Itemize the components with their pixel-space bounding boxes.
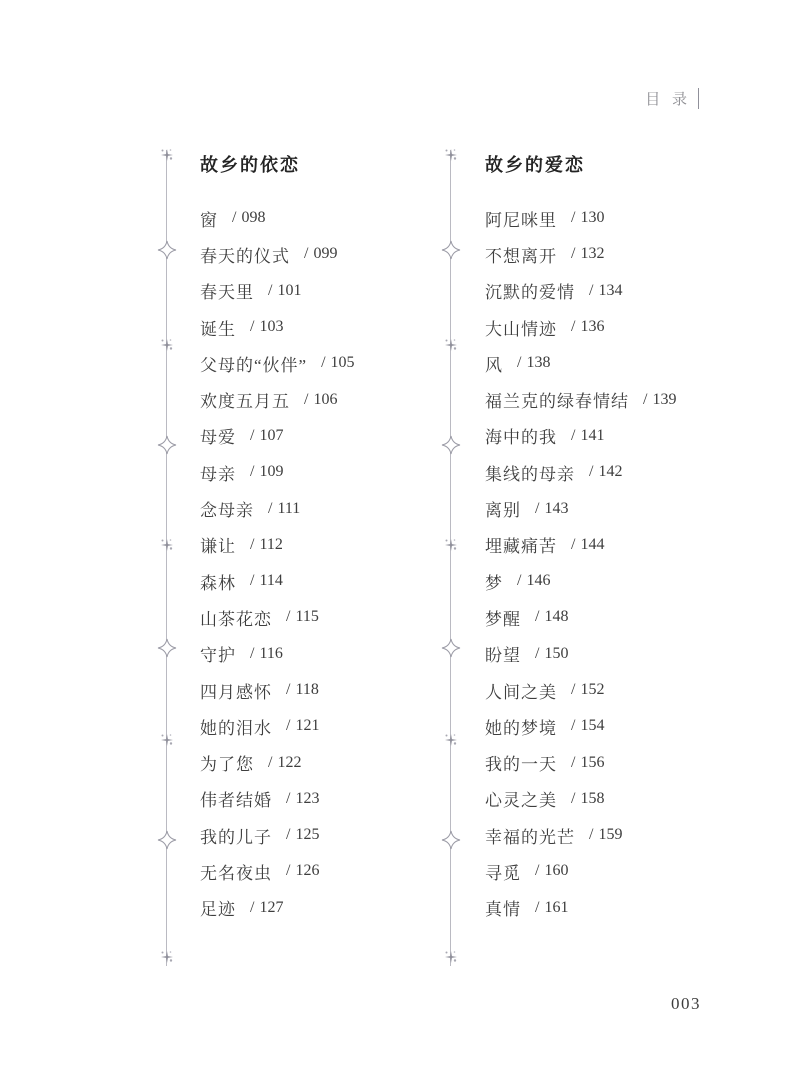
entry-separator: / <box>286 681 290 699</box>
entry-page-group: / 112 <box>250 536 283 554</box>
toc-entry: 集线的母亲 / 142 <box>485 454 745 490</box>
entry-page: 138 <box>526 354 550 372</box>
entry-page: 143 <box>544 500 568 518</box>
toc-entry: 山茶花恋 / 115 <box>200 599 440 635</box>
entry-page: 144 <box>580 536 604 554</box>
entry-page: 150 <box>544 645 568 663</box>
entry-page-group: / 106 <box>304 391 337 409</box>
entry-page: 158 <box>580 790 604 808</box>
toc-entry: 我的儿子 / 125 <box>200 817 440 853</box>
toc-entry: 人间之美 / 152 <box>485 672 745 708</box>
entry-page: 125 <box>295 826 319 844</box>
entry-separator: / <box>571 209 575 227</box>
toc-entry: 窗 / 098 <box>200 200 440 236</box>
toc-entry: 春天里 / 101 <box>200 273 440 309</box>
entry-page: 126 <box>295 862 319 880</box>
entry-separator: / <box>250 318 254 336</box>
entry-separator: / <box>250 645 254 663</box>
entry-separator: / <box>643 391 647 409</box>
toc-entry: 欢度五月五 / 106 <box>200 381 440 417</box>
sparkle-cluster-icon <box>159 949 175 965</box>
entry-title: 森林 <box>200 569 236 594</box>
entry-page: 154 <box>580 717 604 735</box>
entry-title: 母爱 <box>200 423 236 448</box>
entry-page-group: / 154 <box>571 717 604 735</box>
entry-title: 阿尼咪里 <box>485 206 557 231</box>
entry-page-group: / 150 <box>535 645 568 663</box>
entry-title: 不想离开 <box>485 242 557 267</box>
entry-page-group: / 111 <box>268 500 300 518</box>
toc-column-right: 故乡的爱恋 阿尼咪里 / 130 不想离开 / 132 沉默的爱情 / 134 … <box>485 155 745 926</box>
entry-page: 146 <box>526 572 550 590</box>
entry-title: 她的泪水 <box>200 714 272 739</box>
column-title: 故乡的爱恋 <box>485 155 745 176</box>
page-header: 目 录 <box>645 88 699 109</box>
entry-page: 134 <box>598 282 622 300</box>
four-point-star-icon <box>441 240 461 260</box>
entry-page: 115 <box>295 608 318 626</box>
entry-page-group: / 098 <box>232 209 265 227</box>
entry-list: 阿尼咪里 / 130 不想离开 / 132 沉默的爱情 / 134 大山情迹 /… <box>485 200 745 926</box>
entry-page-group: / 141 <box>571 427 604 445</box>
entry-title: 念母亲 <box>200 496 254 521</box>
entry-page-group: / 127 <box>250 899 283 917</box>
entry-title: 大山情迹 <box>485 315 557 340</box>
entry-separator: / <box>268 500 272 518</box>
sparkle-cluster-icon <box>443 949 459 965</box>
sparkle-cluster-icon <box>443 337 459 353</box>
entry-separator: / <box>571 427 575 445</box>
entry-page: 109 <box>259 463 283 481</box>
entry-page: 152 <box>580 681 604 699</box>
four-point-star-icon <box>441 435 461 455</box>
entry-title: 足迹 <box>200 895 236 920</box>
entry-page-group: / 107 <box>250 427 283 445</box>
entry-page-group: / 126 <box>286 862 319 880</box>
entry-page: 114 <box>259 572 282 590</box>
entry-title: 伟者结婚 <box>200 786 272 811</box>
entry-page: 127 <box>259 899 283 917</box>
entry-separator: / <box>250 899 254 917</box>
four-point-star-icon <box>441 638 461 658</box>
entry-page-group: / 146 <box>517 572 550 590</box>
entry-page: 156 <box>580 754 604 772</box>
entry-separator: / <box>321 354 325 372</box>
entry-page-group: / 118 <box>286 681 319 699</box>
entry-separator: / <box>250 536 254 554</box>
entry-page: 148 <box>544 608 568 626</box>
entry-title: 谦让 <box>200 532 236 557</box>
entry-separator: / <box>571 754 575 772</box>
entry-separator: / <box>268 754 272 772</box>
entry-title: 四月感怀 <box>200 678 272 703</box>
toc-entry: 福兰克的绿春情结 / 139 <box>485 381 745 417</box>
column-title: 故乡的依恋 <box>200 155 440 176</box>
toc-column-left: 故乡的依恋 窗 / 098 春天的仪式 / 099 春天里 / 101 诞生 /… <box>200 155 440 926</box>
entry-title: 父母的“伙伴” <box>200 351 307 376</box>
entry-page-group: / 161 <box>535 899 568 917</box>
entry-separator: / <box>232 209 236 227</box>
entry-title: 沉默的爱情 <box>485 278 575 303</box>
entry-separator: / <box>517 354 521 372</box>
four-point-star-icon <box>157 435 177 455</box>
entry-title: 守护 <box>200 641 236 666</box>
sparkle-cluster-icon <box>159 337 175 353</box>
entry-separator: / <box>571 790 575 808</box>
entry-page: 161 <box>544 899 568 917</box>
entry-separator: / <box>250 427 254 445</box>
entry-separator: / <box>286 826 290 844</box>
toc-entry: 春天的仪式 / 099 <box>200 236 440 272</box>
toc-entry: 无名夜虫 / 126 <box>200 853 440 889</box>
entry-page: 130 <box>580 209 604 227</box>
entry-title: 海中的我 <box>485 423 557 448</box>
toc-entry: 寻觅 / 160 <box>485 853 745 889</box>
entry-page: 105 <box>331 354 355 372</box>
entry-separator: / <box>571 717 575 735</box>
entry-page: 122 <box>277 754 301 772</box>
toc-entry: 梦醒 / 148 <box>485 599 745 635</box>
entry-separator: / <box>535 500 539 518</box>
entry-title: 她的梦境 <box>485 714 557 739</box>
entry-separator: / <box>286 717 290 735</box>
entry-separator: / <box>517 572 521 590</box>
entry-separator: / <box>589 463 593 481</box>
toc-entry: 埋藏痛苦 / 144 <box>485 527 745 563</box>
entry-title: 真情 <box>485 895 521 920</box>
toc-entry: 为了您 / 122 <box>200 744 440 780</box>
entry-title: 幸福的光芒 <box>485 823 575 848</box>
entry-separator: / <box>304 391 308 409</box>
entry-page-group: / 121 <box>286 717 319 735</box>
entry-title: 梦醒 <box>485 605 521 630</box>
entry-title: 欢度五月五 <box>200 387 290 412</box>
entry-page-group: / 123 <box>286 790 319 808</box>
entry-page: 107 <box>259 427 283 445</box>
entry-separator: / <box>571 681 575 699</box>
toc-entry: 大山情迹 / 136 <box>485 309 745 345</box>
entry-page-group: / 109 <box>250 463 283 481</box>
page-header-title: 目 录 <box>645 88 691 109</box>
entry-separator: / <box>286 790 290 808</box>
toc-entry: 念母亲 / 111 <box>200 490 440 526</box>
entry-title: 离别 <box>485 496 521 521</box>
entry-page-group: / 152 <box>571 681 604 699</box>
entry-page-group: / 122 <box>268 754 301 772</box>
toc-entry: 真情 / 161 <box>485 890 745 926</box>
entry-page-group: / 136 <box>571 318 604 336</box>
entry-title: 诞生 <box>200 315 236 340</box>
entry-title: 寻觅 <box>485 859 521 884</box>
toc-entry: 足迹 / 127 <box>200 890 440 926</box>
entry-page-group: / 099 <box>304 245 337 263</box>
four-point-star-icon <box>441 830 461 850</box>
entry-separator: / <box>535 645 539 663</box>
entry-separator: / <box>250 572 254 590</box>
entry-separator: / <box>268 282 272 300</box>
sparkle-cluster-icon <box>159 147 175 163</box>
entry-separator: / <box>571 536 575 554</box>
toc-entry: 母亲 / 109 <box>200 454 440 490</box>
entry-page: 099 <box>313 245 337 263</box>
entry-title: 盼望 <box>485 641 521 666</box>
entry-page-group: / 160 <box>535 862 568 880</box>
entry-separator: / <box>250 463 254 481</box>
entry-page: 121 <box>295 717 319 735</box>
entry-page: 123 <box>295 790 319 808</box>
entry-page-group: / 130 <box>571 209 604 227</box>
toc-page: 目 录 故乡的依恋 窗 / 098 春天的仪式 / 099 春天里 / 101 … <box>0 0 799 1088</box>
decorative-rule-middle <box>450 150 451 966</box>
toc-entry: 阿尼咪里 / 130 <box>485 200 745 236</box>
page-number: 003 <box>671 994 701 1014</box>
entry-page-group: / 132 <box>571 245 604 263</box>
toc-entry: 伟者结婚 / 123 <box>200 781 440 817</box>
entry-page: 101 <box>277 282 301 300</box>
entry-page: 136 <box>580 318 604 336</box>
entry-separator: / <box>535 608 539 626</box>
toc-entry: 离别 / 143 <box>485 490 745 526</box>
entry-page-group: / 159 <box>589 826 622 844</box>
entry-separator: / <box>589 282 593 300</box>
entry-separator: / <box>589 826 593 844</box>
entry-page-group: / 105 <box>321 354 354 372</box>
four-point-star-icon <box>157 830 177 850</box>
toc-entry: 风 / 138 <box>485 345 745 381</box>
entry-page-group: / 138 <box>517 354 550 372</box>
entry-page-group: / 134 <box>589 282 622 300</box>
toc-entry: 梦 / 146 <box>485 563 745 599</box>
entry-page: 111 <box>277 500 300 518</box>
four-point-star-icon <box>157 240 177 260</box>
toc-entry: 守护 / 116 <box>200 636 440 672</box>
entry-title: 无名夜虫 <box>200 859 272 884</box>
entry-title: 我的一天 <box>485 750 557 775</box>
entry-separator: / <box>535 862 539 880</box>
toc-entry: 盼望 / 150 <box>485 636 745 672</box>
header-divider <box>698 88 699 109</box>
entry-page-group: / 103 <box>250 318 283 336</box>
entry-page: 103 <box>259 318 283 336</box>
entry-page: 116 <box>259 645 282 663</box>
sparkle-cluster-icon <box>443 147 459 163</box>
entry-page: 098 <box>241 209 265 227</box>
entry-page: 141 <box>580 427 604 445</box>
entry-page: 142 <box>598 463 622 481</box>
toc-entry: 母爱 / 107 <box>200 418 440 454</box>
toc-entry: 海中的我 / 141 <box>485 418 745 454</box>
toc-entry: 森林 / 114 <box>200 563 440 599</box>
entry-separator: / <box>304 245 308 263</box>
entry-separator: / <box>286 862 290 880</box>
entry-title: 集线的母亲 <box>485 460 575 485</box>
entry-page-group: / 148 <box>535 608 568 626</box>
toc-entry: 我的一天 / 156 <box>485 744 745 780</box>
entry-title: 母亲 <box>200 460 236 485</box>
entry-page-group: / 144 <box>571 536 604 554</box>
toc-entry: 她的梦境 / 154 <box>485 708 745 744</box>
entry-separator: / <box>571 245 575 263</box>
entry-list: 窗 / 098 春天的仪式 / 099 春天里 / 101 诞生 / 103 父… <box>200 200 440 926</box>
sparkle-cluster-icon <box>443 537 459 553</box>
toc-entry: 诞生 / 103 <box>200 309 440 345</box>
entry-page: 118 <box>295 681 318 699</box>
toc-entry: 四月感怀 / 118 <box>200 672 440 708</box>
entry-title: 心灵之美 <box>485 786 557 811</box>
entry-page-group: / 156 <box>571 754 604 772</box>
entry-title: 我的儿子 <box>200 823 272 848</box>
entry-title: 春天的仪式 <box>200 242 290 267</box>
entry-page: 160 <box>544 862 568 880</box>
entry-title: 山茶花恋 <box>200 605 272 630</box>
entry-page-group: / 158 <box>571 790 604 808</box>
toc-entry: 心灵之美 / 158 <box>485 781 745 817</box>
entry-page-group: / 116 <box>250 645 283 663</box>
entry-title: 福兰克的绿春情结 <box>485 387 629 412</box>
sparkle-cluster-icon <box>159 732 175 748</box>
decorative-rule-left <box>166 150 167 966</box>
entry-title: 人间之美 <box>485 678 557 703</box>
entry-page-group: / 125 <box>286 826 319 844</box>
entry-page-group: / 139 <box>643 391 676 409</box>
entry-page-group: / 101 <box>268 282 301 300</box>
toc-entry: 她的泪水 / 121 <box>200 708 440 744</box>
toc-entry: 谦让 / 112 <box>200 527 440 563</box>
toc-entry: 幸福的光芒 / 159 <box>485 817 745 853</box>
toc-entry: 不想离开 / 132 <box>485 236 745 272</box>
entry-page-group: / 142 <box>589 463 622 481</box>
sparkle-cluster-icon <box>443 732 459 748</box>
entry-title: 埋藏痛苦 <box>485 532 557 557</box>
entry-title: 为了您 <box>200 750 254 775</box>
entry-page: 132 <box>580 245 604 263</box>
entry-separator: / <box>286 608 290 626</box>
entry-title: 风 <box>485 351 503 376</box>
entry-page: 112 <box>259 536 282 554</box>
entry-page: 139 <box>652 391 676 409</box>
entry-page-group: / 143 <box>535 500 568 518</box>
entry-page: 159 <box>598 826 622 844</box>
four-point-star-icon <box>157 638 177 658</box>
toc-entry: 沉默的爱情 / 134 <box>485 273 745 309</box>
entry-separator: / <box>535 899 539 917</box>
entry-page: 106 <box>313 391 337 409</box>
entry-title: 窗 <box>200 206 218 231</box>
sparkle-cluster-icon <box>159 537 175 553</box>
entry-page-group: / 114 <box>250 572 283 590</box>
entry-separator: / <box>571 318 575 336</box>
entry-title: 梦 <box>485 569 503 594</box>
toc-entry: 父母的“伙伴” / 105 <box>200 345 440 381</box>
entry-title: 春天里 <box>200 278 254 303</box>
entry-page-group: / 115 <box>286 608 319 626</box>
